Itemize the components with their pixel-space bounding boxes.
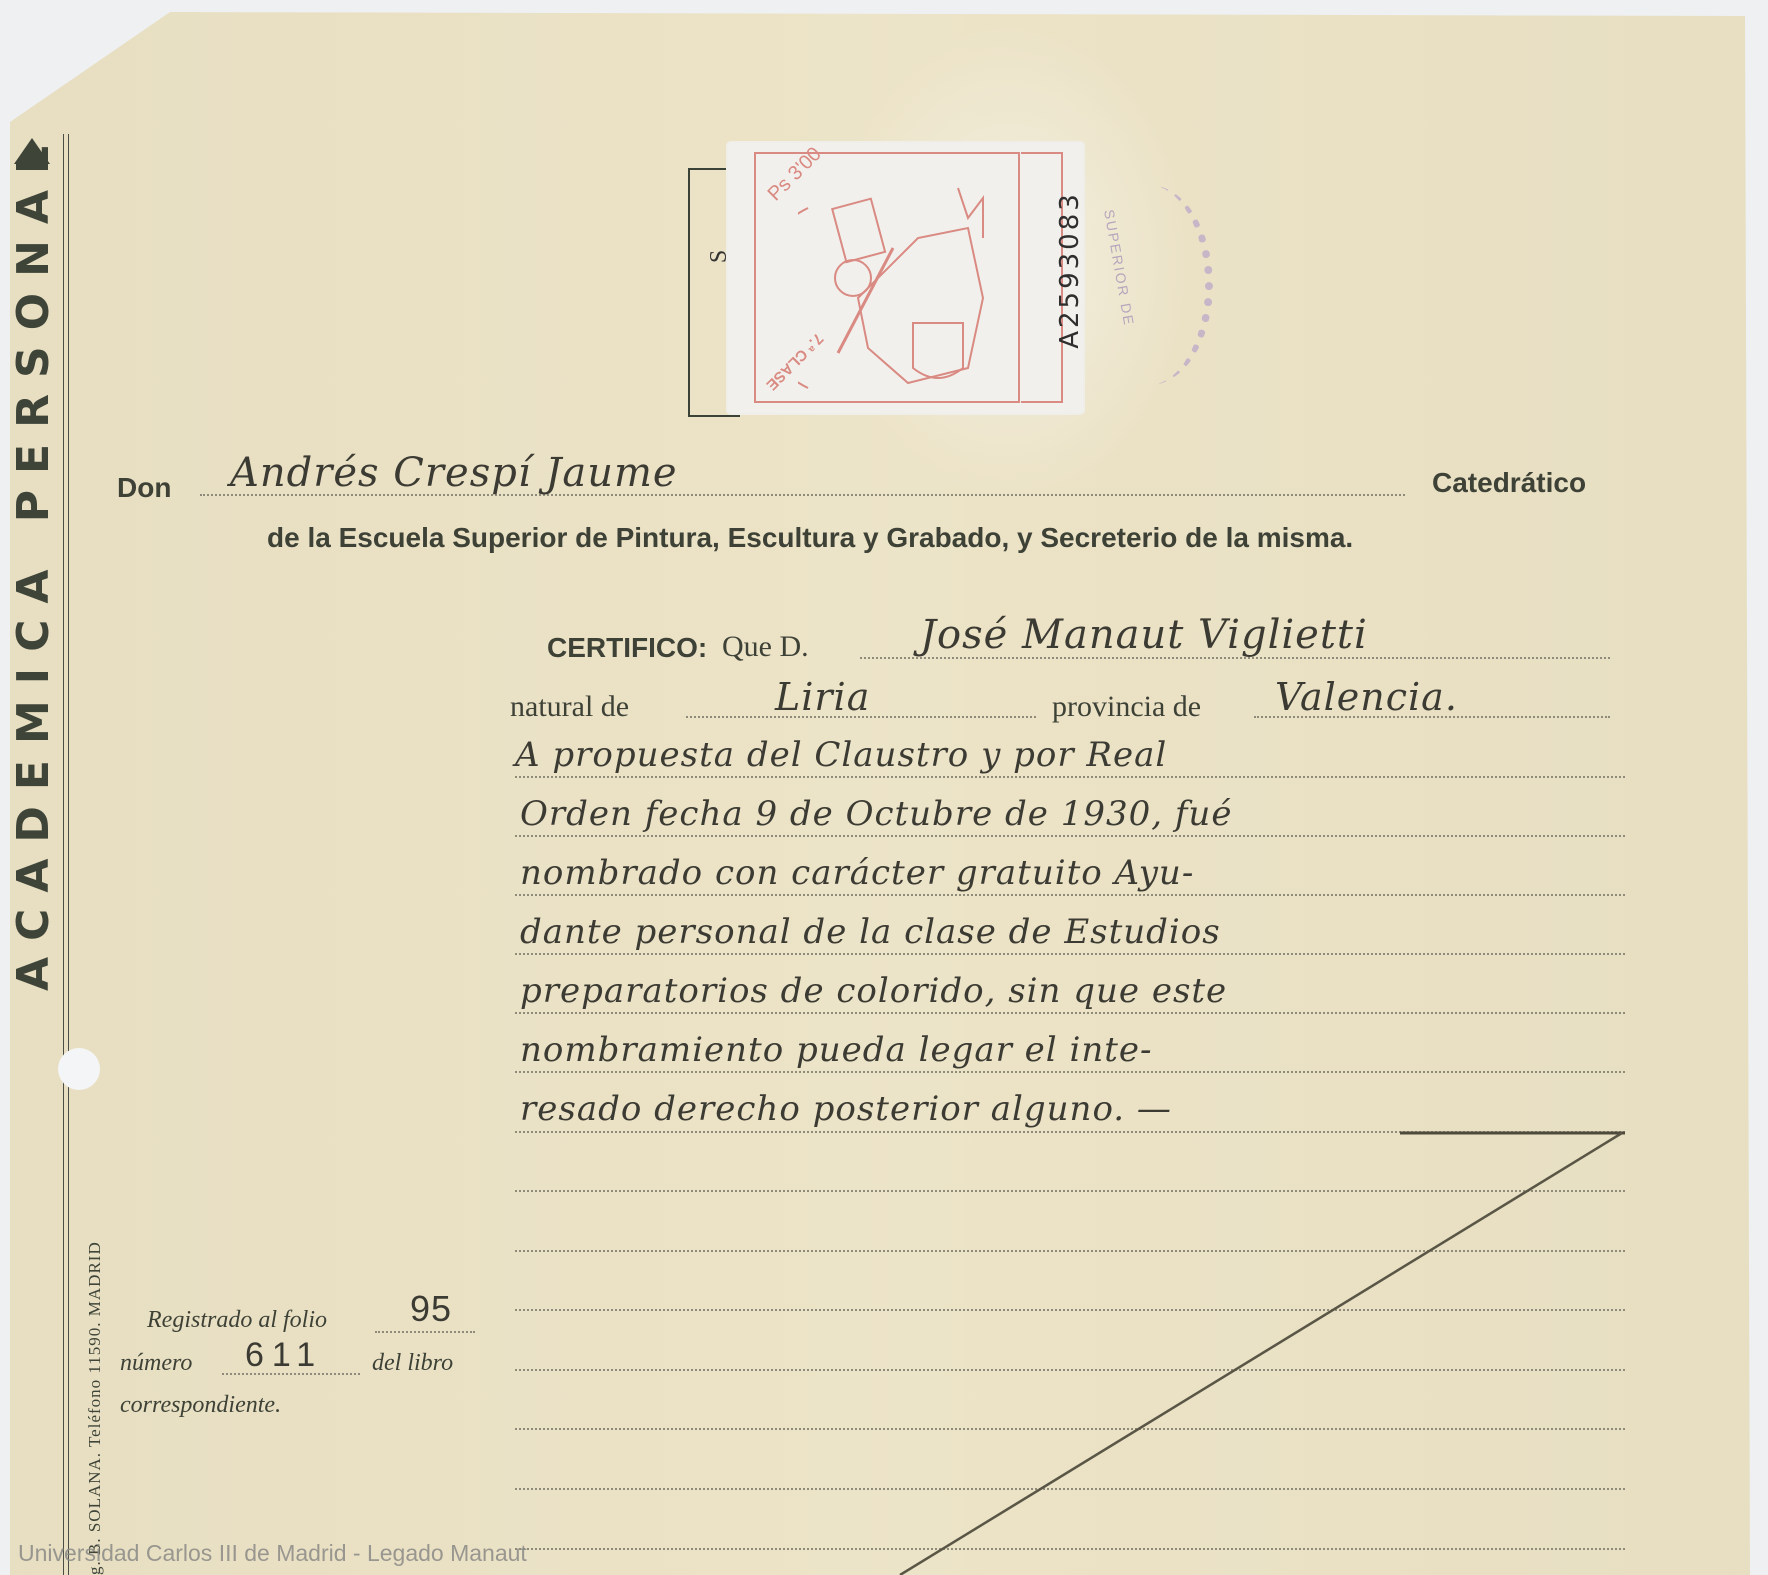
body-line-rule [515, 776, 1625, 778]
numero-value: 611 [245, 1336, 323, 1375]
blank-line [515, 1548, 1625, 1550]
que-label: Que D. [722, 630, 809, 664]
body-line: nombrado con carácter gratuito Ayu- [520, 853, 1194, 893]
body-line: A propuesta del Claustro y por Real [515, 735, 1167, 775]
body-line-rule [515, 894, 1625, 896]
side-band-title: ACADEMICA PERSONAL [14, 130, 54, 1570]
body-line: nombramiento pueda legar el inte- [520, 1030, 1153, 1070]
certifico-label: CERTIFICO: [547, 632, 707, 664]
margin-double-rule [63, 134, 69, 1575]
provincia-value: Valencia. [1275, 675, 1458, 719]
stamp-serial: A2593083 [1055, 140, 1085, 400]
blank-line [515, 1369, 1625, 1371]
allegorical-figure-icon [798, 168, 998, 393]
natural-label: natural de [510, 690, 629, 724]
side-band: ACADEMICA PERSONAL [14, 130, 54, 1570]
header-line2: de la Escuela Superior de Pintura, Escul… [267, 522, 1353, 554]
folio-label: Registrado al folio [147, 1307, 327, 1334]
folio-line [375, 1331, 475, 1333]
body-line: resado derecho posterior alguno. — [520, 1089, 1172, 1129]
body-line-rule [515, 835, 1625, 837]
don-label: Don [117, 472, 171, 504]
body-line: preparatorios de colorido, sin que este [520, 971, 1227, 1011]
folio-value: 95 [410, 1288, 452, 1330]
blank-line [515, 1428, 1625, 1430]
punch-hole [58, 1048, 100, 1090]
body-line-rule [515, 1012, 1625, 1014]
title-catedratico: Catedrático [1432, 467, 1586, 499]
libro-label: del libro [372, 1350, 453, 1377]
blank-line [515, 1488, 1625, 1490]
correspondiente-label: correspondiente. [120, 1392, 281, 1419]
natural-value: Liria [775, 675, 870, 719]
person-name: José Manaut Viglietti [920, 612, 1368, 658]
side-band-arrow-icon [14, 138, 50, 164]
numero-label: número [120, 1350, 192, 1377]
body-line: Orden fecha 9 de Octubre de 1930, fué [520, 794, 1232, 834]
provincia-label: provincia de [1052, 690, 1201, 724]
blank-line [515, 1190, 1625, 1192]
body-line-rule [515, 1131, 1625, 1133]
body-line: dante personal de la clase de Estudios [520, 912, 1221, 952]
revenue-stamp: Ps 3'00 7.ª CLASE A2593083 [728, 143, 1083, 413]
blank-line [515, 1250, 1625, 1252]
body-line-rule [515, 1071, 1625, 1073]
don-name: Andrés Crespí Jaume [230, 450, 678, 496]
printer-imprint: g. B. SOLANA. Teléfono 11590. MADRID [85, 1120, 115, 1575]
blank-line [515, 1309, 1625, 1311]
body-line-rule [515, 953, 1625, 955]
watermark: Universidad Carlos III de Madrid - Legad… [18, 1540, 527, 1567]
